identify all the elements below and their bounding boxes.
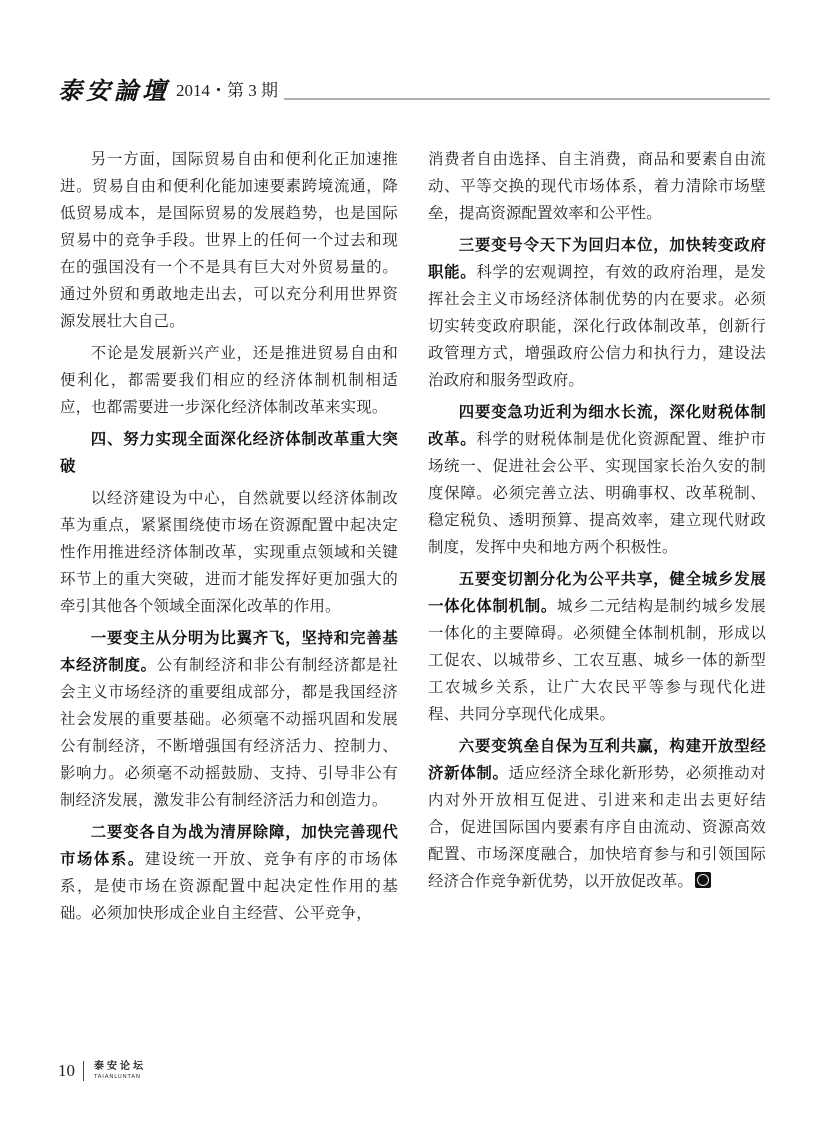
footer-logo: 泰安论坛 TAIANLUNTAN bbox=[94, 1062, 146, 1081]
footer-logo-english: TAIANLUNTAN bbox=[94, 1075, 146, 1081]
end-of-article-icon bbox=[695, 872, 711, 888]
paragraph: 不论是发展新兴产业，还是推进贸易自由和便利化，都需要我们相应的经济体制机制相适应… bbox=[60, 340, 398, 421]
paragraph-body: 城乡二元结构是制约城乡发展一体化的主要障碍。必须健全体制机制，形成以工促农、以城… bbox=[428, 597, 766, 723]
header-rule bbox=[284, 98, 770, 100]
paragraph-body: 适应经济全球化新形势，必须推动对内对外开放相互促进、引进来和走出去更好结合，促进… bbox=[428, 764, 766, 890]
issue-info: 2014・第 3 期 bbox=[176, 76, 278, 106]
paragraph-body: 公有制经济和非公有制经济都是社会主义市场经济的重要组成部分，都是我国经济社会发展… bbox=[60, 656, 398, 809]
paragraph: 二要变各自为战为清屏除障，加快完善现代市场体系。建设统一开放、竞争有序的市场体系… bbox=[60, 819, 398, 927]
paragraph: 六要变筑垒自保为互利共赢，构建开放型经济新体制。适应经济全球化新形势，必须推动对… bbox=[428, 733, 766, 895]
paragraph-body: 科学的宏观调控，有效的政府治理，是发挥社会主义市场经济体制优势的内在要求。必须切… bbox=[428, 263, 766, 389]
journal-name: 泰安論壇 bbox=[58, 76, 170, 106]
page-header: 泰安論壇 2014・第 3 期 bbox=[58, 70, 770, 106]
paragraph: 五要变切割分化为公平共享，健全城乡发展一体化体制机制。城乡二元结构是制约城乡发展… bbox=[428, 566, 766, 728]
footer-divider bbox=[83, 1061, 84, 1081]
paragraph: 三要变号令天下为回归本位，加快转变政府职能。科学的宏观调控，有效的政府治理，是发… bbox=[428, 232, 766, 394]
paragraph-body: 科学的财税体制是优化资源配置、维护市场统一、促进社会公平、实现国家长治久安的制度… bbox=[428, 430, 766, 556]
right-column: 消费者自由选择、自主消费，商品和要素自由流动、平等交换的现代市场体系，着力清除市… bbox=[428, 146, 766, 900]
left-column: 另一方面，国际贸易自由和便利化正加速推进。贸易自由和便利化能加速要素跨境流通，降… bbox=[60, 146, 398, 932]
paragraph: 四要变急功近利为细水长流，深化财税体制改革。科学的财税体制是优化资源配置、维护市… bbox=[428, 399, 766, 561]
paragraph-continued: 消费者自由选择、自主消费，商品和要素自由流动、平等交换的现代市场体系，着力清除市… bbox=[428, 146, 766, 227]
paragraph: 一要变主从分明为比翼齐飞，坚持和完善基本经济制度。公有制经济和非公有制经济都是社… bbox=[60, 625, 398, 814]
page-number: 10 bbox=[58, 1061, 75, 1081]
paragraph: 以经济建设为中心，自然就要以经济体制改革为重点，紧紧围绕使市场在资源配置中起决定… bbox=[60, 485, 398, 620]
paragraph: 另一方面，国际贸易自由和便利化正加速推进。贸易自由和便利化能加速要素跨境流通，降… bbox=[60, 146, 398, 335]
section-heading: 四、努力实现全面深化经济体制改革重大突破 bbox=[60, 426, 398, 480]
footer-logo-chinese: 泰安论坛 bbox=[94, 1062, 146, 1072]
page-footer: 10 泰安论坛 TAIANLUNTAN bbox=[58, 1056, 146, 1086]
